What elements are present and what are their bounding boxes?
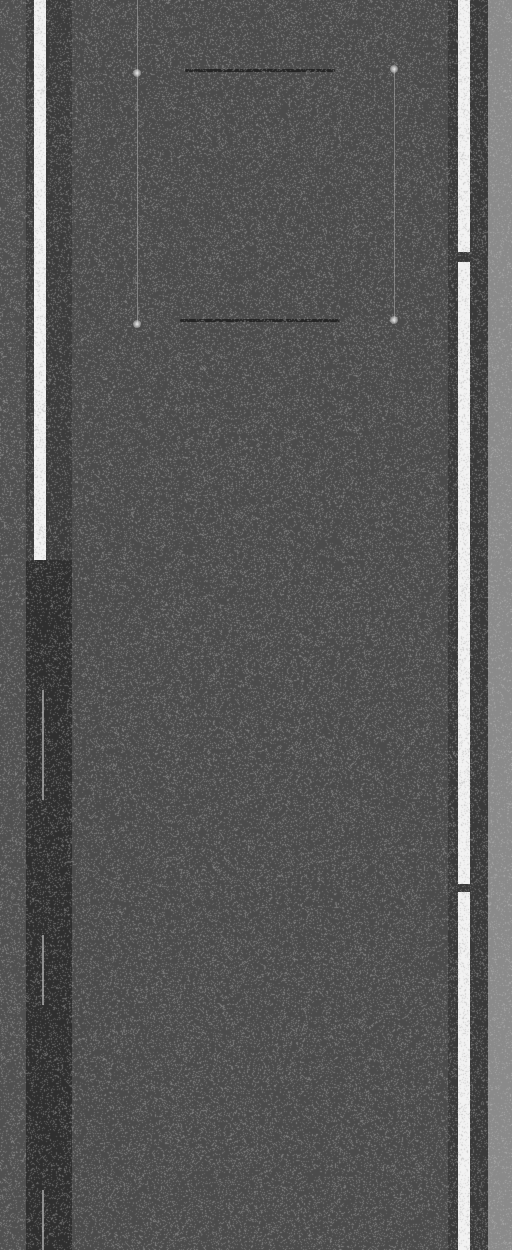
loop-sensor-cut [185,69,335,72]
faint-marking [42,1190,44,1250]
loop-corner [133,69,141,77]
loop-sensor-edge [137,0,138,325]
faint-marking [42,690,44,800]
left-edge-line [34,0,46,560]
loop-corner [390,65,398,73]
loop-corner [390,316,398,324]
loop-corner [133,320,141,328]
right-lane-dash [458,0,470,252]
loop-sensor-edge [394,68,395,323]
right-lane-dash [458,892,470,1250]
loop-sensor-cut [180,319,340,322]
concrete-curb [488,0,512,1250]
faint-marking [42,935,44,1005]
aerial-road-image [0,0,512,1250]
left-dark-strip-lower [26,560,72,1250]
right-lane-dash [458,262,470,884]
left-shoulder [0,0,26,1250]
asphalt-texture [0,0,512,1250]
